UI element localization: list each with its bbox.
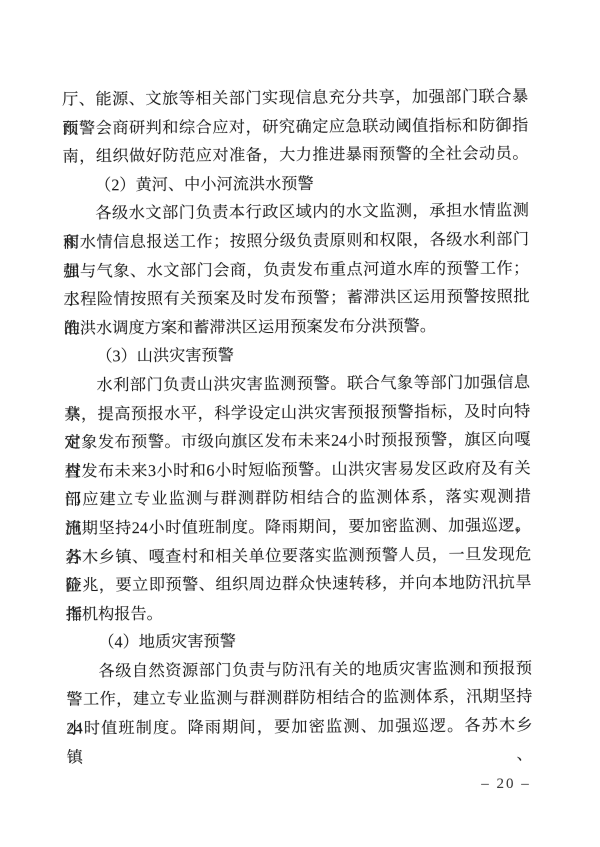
text-line: 各级水文部门负责本行政区域内的水文监测，承担水情监测和 [63, 197, 529, 229]
text-line: 征兆，要立即预警、组织周边群众快速转移，并向本地防汛抗旱指 [65, 568, 531, 600]
text-line: 村发布未来3小时和6小时短临预警。山洪灾害易发区政府及有关部 [65, 454, 531, 486]
text-line: 小时值班制度。降雨期间，要加密监测、加强巡逻。各苏木乡镇、 [66, 711, 532, 743]
text-line: 厅、能源、文旅等相关部门实现信息充分共享，加强部门联合暴雨 [62, 82, 528, 114]
section-heading: （2）黄河、中小河流洪水预警 [63, 168, 529, 200]
text-line: 预警会商研判和综合应对，研究确定应急联动阈值指标和防御指 [62, 111, 528, 143]
page-number: – 20 – [480, 773, 532, 795]
text-line: 各级自然资源部门负责与防汛有关的地质灾害监测和预报预 [66, 654, 532, 686]
section-heading: （4）地质灾害预警 [66, 626, 532, 658]
text-line: 享，提高预报水平，科学设定山洪灾害预报预警指标，及时向特定 [64, 397, 530, 429]
text-line: 雨水情信息报送工作；按照分级负责原则和权限，各级水利部门加 [63, 225, 529, 257]
document-page: 厅、能源、文旅等相关部门实现信息充分共享，加强部门联合暴雨预警会商研判和综合应对… [0, 0, 600, 847]
text-line: 工程险情按照有关预案及时发布预警；蓄滞洪区运用预警按照批准 [63, 283, 529, 315]
text-line: 南，组织做好防范应对准备，大力推进暴雨预警的全社会动员。 [62, 140, 528, 172]
text-line: 门应建立专业监测与群测群防相结合的监测体系，落实观测措施， [65, 483, 531, 515]
text-line: 汛期坚持24小时值班制度。降雨期间，要加密监测、加强巡逻。各 [65, 511, 531, 543]
text-line: 警工作，建立专业监测与群测群防相结合的监测体系，汛期坚持24 [66, 683, 532, 715]
text-line: 挥机构报告。 [66, 597, 532, 629]
text-line: 强与气象、水文部门会商，负责发布重点河道水库的预警工作；水 [63, 254, 529, 286]
text-line: 对象发布预警。市级向旗区发布未来24小时预报预警，旗区向嘎查 [64, 425, 530, 457]
document-body: 厅、能源、文旅等相关部门实现信息充分共享，加强部门联合暴雨预警会商研判和综合应对… [62, 82, 533, 743]
text-line: 苏木乡镇、嘎查村和相关单位要落实监测预警人员，一旦发现危险 [65, 540, 531, 572]
text-line: 的洪水调度方案和蓄滞洪区运用预案发布分洪预警。 [64, 311, 530, 343]
text-line: 水利部门负责山洪灾害监测预警。联合气象等部门加强信息共 [64, 368, 530, 400]
section-heading: （3）山洪灾害预警 [64, 340, 530, 372]
